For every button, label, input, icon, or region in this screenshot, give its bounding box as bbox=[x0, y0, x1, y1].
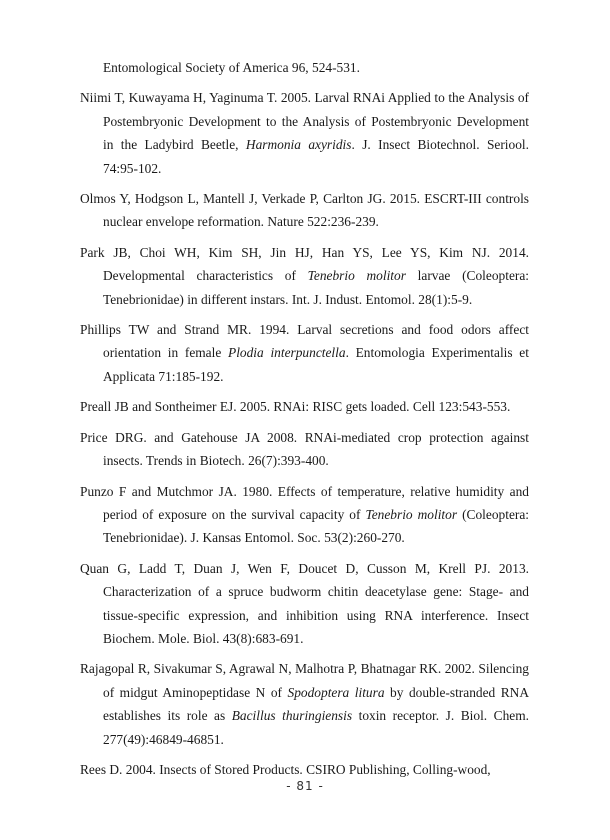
reference-text: Olmos Y, Hodgson L, Mantell J, Verkade P… bbox=[80, 191, 529, 229]
reference-list: Entomological Society of America 96, 524… bbox=[80, 56, 529, 788]
reference-text: Price DRG. and Gatehouse JA 2008. RNAi-m… bbox=[80, 430, 529, 468]
species-name: Tenebrio molitor bbox=[365, 507, 457, 522]
reference-text: Entomological Society of America 96, 524… bbox=[103, 60, 360, 75]
reference-entry-continuation: Entomological Society of America 96, 524… bbox=[80, 56, 529, 79]
page-number: - 81 - bbox=[0, 779, 610, 793]
reference-text: Quan G, Ladd T, Duan J, Wen F, Doucet D,… bbox=[80, 561, 529, 646]
species-name: Tenebrio molitor bbox=[308, 268, 406, 283]
reference-entry-rees-2004: Rees D. 2004. Insects of Stored Products… bbox=[80, 758, 529, 781]
species-name: Bacillus thuringiensis bbox=[232, 708, 352, 723]
reference-entry-olmos-2015: Olmos Y, Hodgson L, Mantell J, Verkade P… bbox=[80, 187, 529, 234]
reference-entry-punzo-1980: Punzo F and Mutchmor JA. 1980. Effects o… bbox=[80, 480, 529, 550]
reference-text: Preall JB and Sontheimer EJ. 2005. RNAi:… bbox=[80, 399, 510, 414]
reference-entry-park-2014: Park JB, Choi WH, Kim SH, Jin HJ, Han YS… bbox=[80, 241, 529, 311]
species-name: Spodoptera litura bbox=[288, 685, 385, 700]
reference-entry-price-2008: Price DRG. and Gatehouse JA 2008. RNAi-m… bbox=[80, 426, 529, 473]
species-name: Plodia interpunctella bbox=[228, 345, 346, 360]
reference-text: Rees D. 2004. Insects of Stored Products… bbox=[80, 762, 491, 777]
reference-entry-preall-2005: Preall JB and Sontheimer EJ. 2005. RNAi:… bbox=[80, 395, 529, 418]
reference-entry-niimi-2005: Niimi T, Kuwayama H, Yaginuma T. 2005. L… bbox=[80, 86, 529, 180]
species-name: Harmonia axyridis bbox=[246, 137, 352, 152]
reference-entry-quan-2013: Quan G, Ladd T, Duan J, Wen F, Doucet D,… bbox=[80, 557, 529, 651]
reference-entry-rajagopal-2002: Rajagopal R, Sivakumar S, Agrawal N, Mal… bbox=[80, 657, 529, 751]
reference-entry-phillips-1994: Phillips TW and Strand MR. 1994. Larval … bbox=[80, 318, 529, 388]
